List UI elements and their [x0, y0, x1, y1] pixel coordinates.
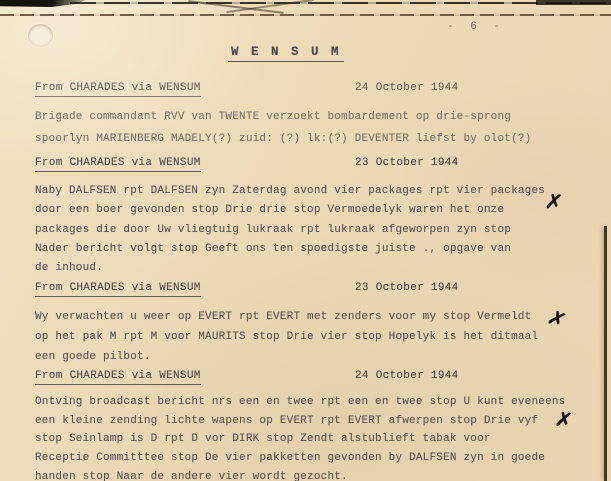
message-body: Ontving broadcast bericht nrs een en twe… — [35, 393, 595, 481]
scan-artifact-right-edge — [604, 226, 607, 481]
message-source-heading: From CHARADES via WENSUM — [35, 282, 201, 297]
message-header: From CHARADES via WENSUM 23 October 1944 — [35, 157, 595, 174]
message-source-heading: From CHARADES via WENSUM — [35, 157, 201, 172]
message-body: Naby DALFSEN rpt DALFSEN zyn Zaterdag av… — [35, 182, 595, 278]
message-block: From CHARADES via WENSUM 23 October 1944… — [35, 282, 595, 367]
punch-hole — [28, 24, 53, 47]
document-title: W E N S U M — [228, 45, 344, 62]
message-date: 24 October 1944 — [355, 370, 459, 382]
message-date: 24 October 1944 — [355, 82, 459, 94]
message-line: Ontving broadcast bericht nrs een en twe… — [35, 393, 595, 412]
message-line: packages die door Uw vliegtuig lukraak r… — [35, 221, 595, 240]
message-source-heading: From CHARADES via WENSUM — [35, 370, 201, 385]
message-line: Naby DALFSEN rpt DALFSEN zyn Zaterdag av… — [35, 182, 595, 201]
message-header: From CHARADES via WENSUM 24 October 1944 — [35, 82, 595, 99]
scanned-document-page: - 6 - W E N S U M From CHARADES via WENS… — [0, 0, 611, 481]
message-block: From CHARADES via WENSUM 24 October 1944… — [35, 370, 595, 481]
message-source-heading: From CHARADES via WENSUM — [35, 82, 201, 97]
message-header: From CHARADES via WENSUM 24 October 1944 — [35, 370, 595, 387]
message-line: de inhoud. — [35, 259, 595, 278]
message-line: Brigade commandant RVV van TWENTE verzoe… — [35, 107, 595, 129]
message-line: Receptie Committtee stop De vier pakkett… — [35, 449, 595, 468]
x-mark-annotation-icon: ✗ — [543, 189, 564, 215]
message-header: From CHARADES via WENSUM 23 October 1944 — [35, 282, 595, 299]
scan-artifact-fold-line — [0, 14, 611, 16]
message-line: Wy verwachten u weer op EVERT rpt EVERT … — [35, 307, 595, 327]
scan-artifact-top-edge-line — [70, 2, 611, 4]
message-block: From CHARADES via WENSUM 23 October 1944… — [35, 157, 595, 278]
message-line: op het pak M rpt M voor MAURITS stop Dri… — [35, 327, 595, 347]
message-date: 23 October 1944 — [355, 282, 459, 294]
message-line: een goede pilbot. — [35, 347, 595, 367]
message-line: door een boer gevonden stop Drie drie st… — [35, 201, 595, 220]
message-line: handen stop Naar de andere vier wordt ge… — [35, 468, 595, 481]
message-line: stop Seinlamp is D rpt D vor DIRK stop Z… — [35, 430, 595, 449]
message-body: Wy verwachten u weer op EVERT rpt EVERT … — [35, 307, 595, 367]
scan-artifact-top-edge-right — [536, 0, 611, 5]
page-number: - 6 - — [447, 21, 505, 33]
message-body: Brigade commandant RVV van TWENTE verzoe… — [35, 107, 595, 150]
message-date: 23 October 1944 — [355, 157, 459, 169]
message-line: spoorlyn MARIENBERG MADELY(?) zuid: (?) … — [35, 129, 595, 151]
message-line: een kleine zending lichte wapens op EVER… — [35, 412, 595, 431]
message-block: From CHARADES via WENSUM 24 October 1944… — [35, 82, 595, 150]
message-line: Nader bericht volgt stop Geeft ons ten s… — [35, 240, 595, 259]
